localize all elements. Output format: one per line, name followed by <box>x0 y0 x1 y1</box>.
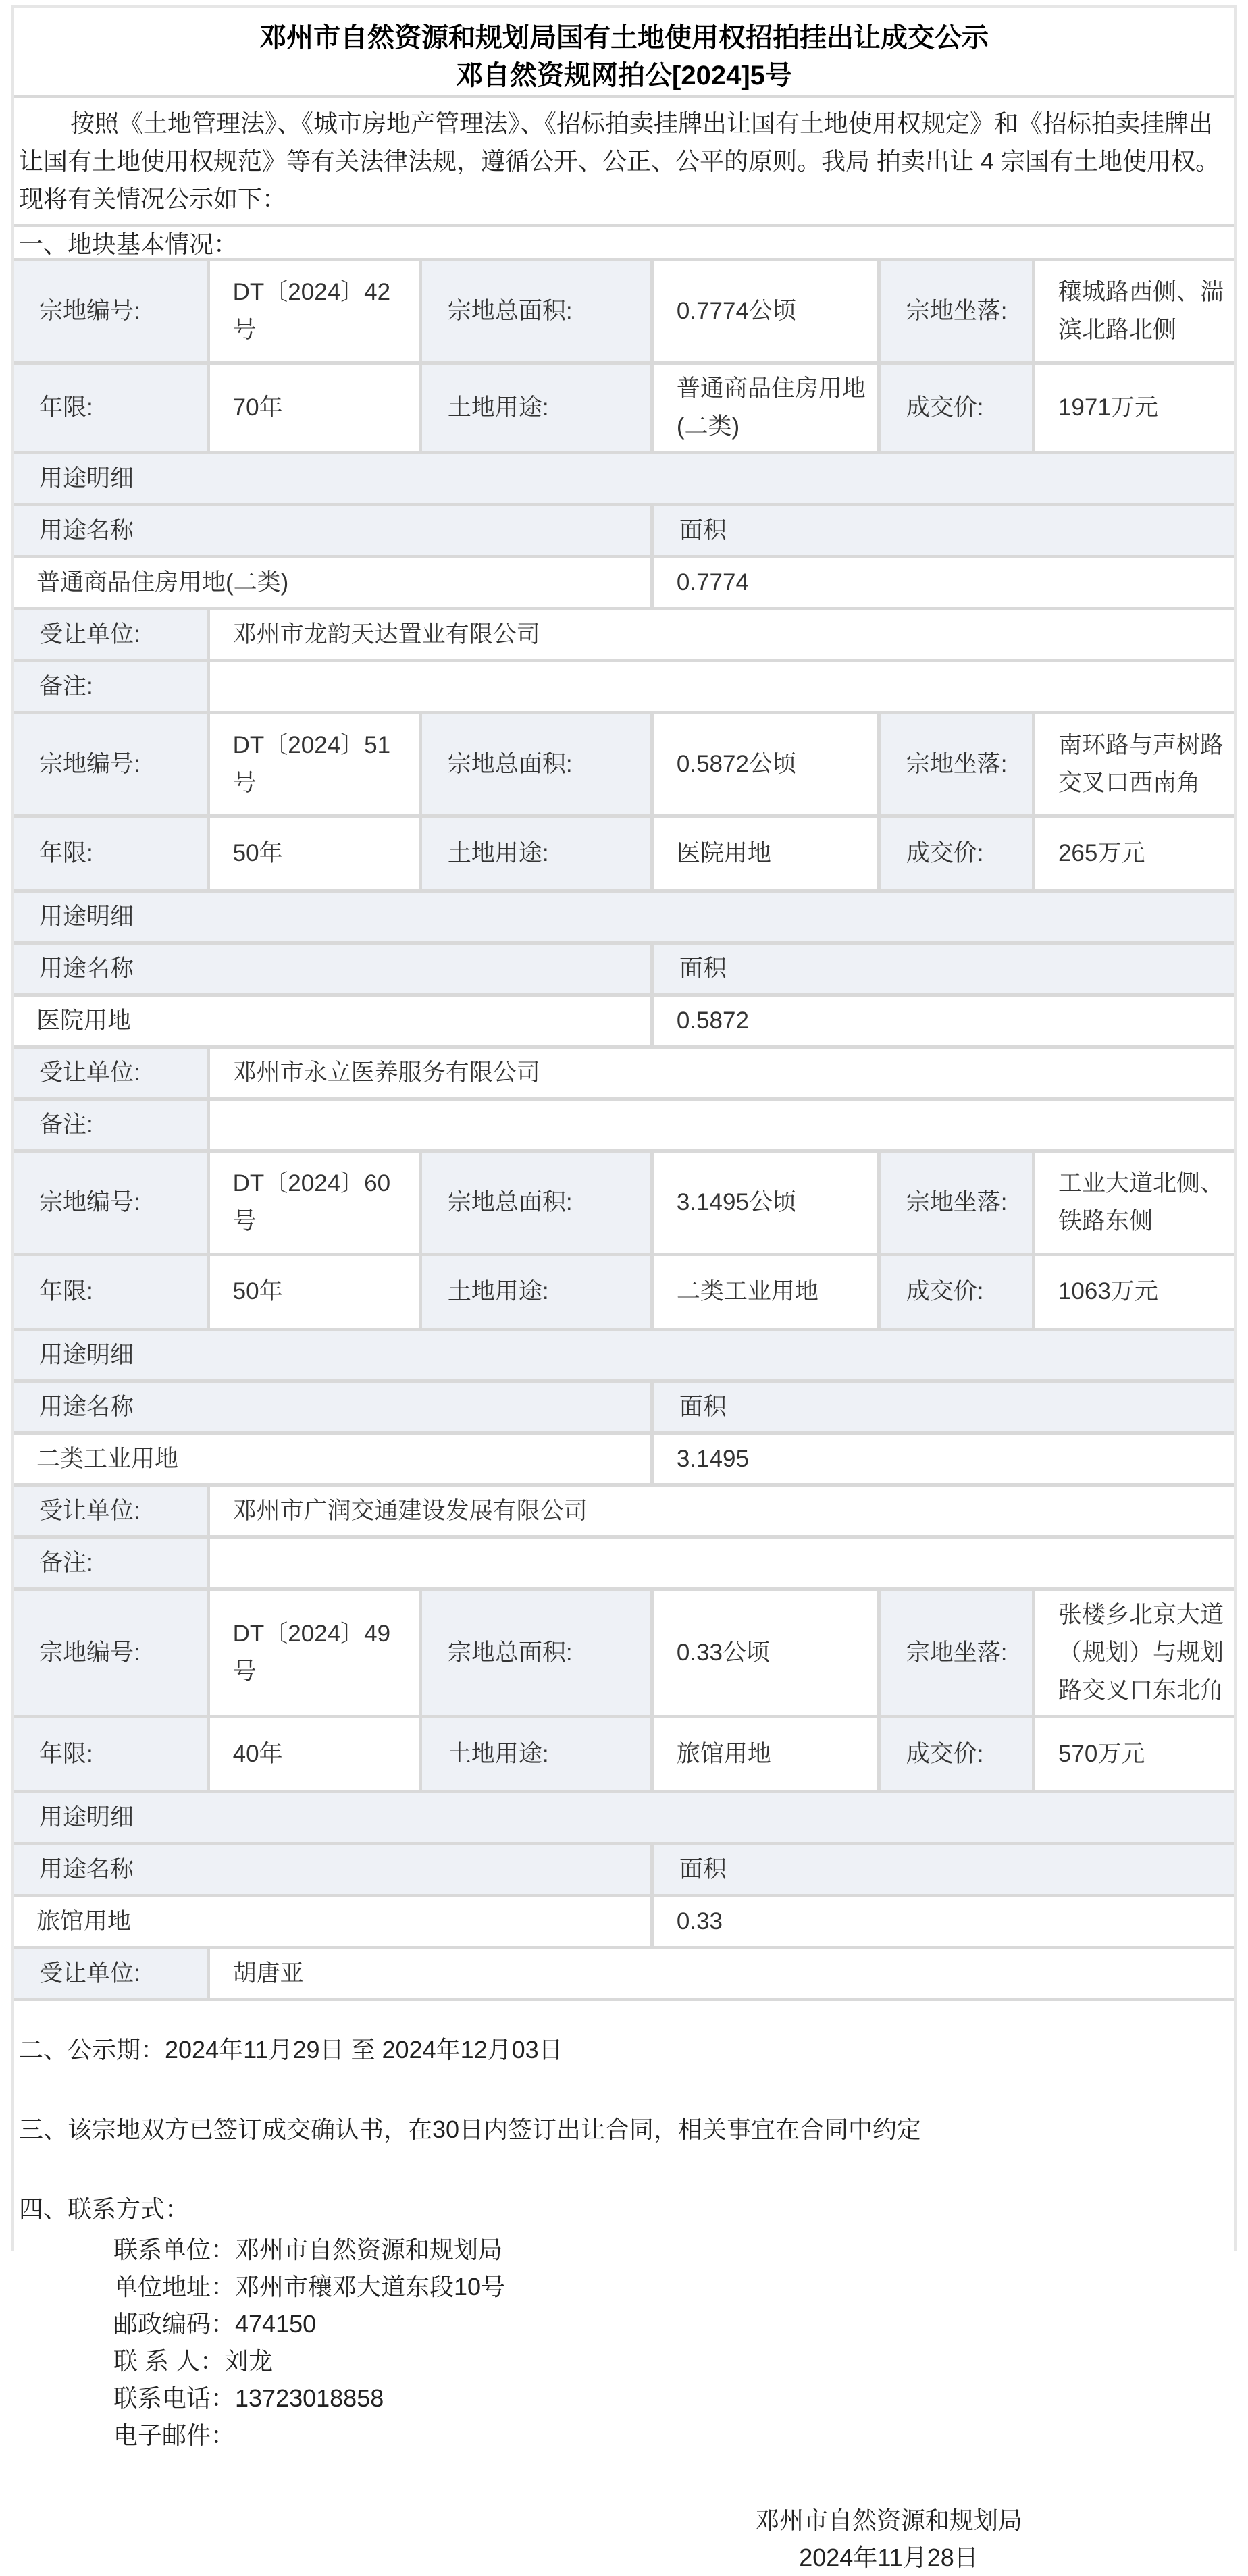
land-use-value: 医院用地 <box>654 818 877 889</box>
tenure-value: 70年 <box>210 365 419 451</box>
location-label: 宗地坐落: <box>881 261 1032 361</box>
bottom-sections: 二、公示期：2024年11月29日 至 2024年12月03日 三、该宗地双方已… <box>14 2001 1234 2576</box>
total-area-value: 0.33公顷 <box>654 1591 877 1715</box>
section-basic-header: 一、地块基本情况： <box>14 227 1234 258</box>
use-detail-header: 用途明细 <box>14 1793 1234 1842</box>
transferee-value: 邓州市龙韵天达置业有限公司 <box>210 610 1234 659</box>
total-area-label: 宗地总面积: <box>422 714 650 814</box>
area-header: 面积 <box>654 506 1234 555</box>
tenure-label: 年限: <box>14 1256 207 1328</box>
total-area-label: 宗地总面积: <box>422 1153 650 1253</box>
total-area-value: 3.1495公顷 <box>654 1153 877 1253</box>
area-value: 0.33 <box>654 1897 1234 1946</box>
deal-price-label: 成交价: <box>881 1718 1032 1790</box>
contact-phone-line: 联系电话：13723018858 <box>113 2386 1225 2411</box>
parcel-table-3: 宗地编号: DT〔2024〕60号 宗地总面积: 3.1495公顷 宗地坐落: … <box>14 1153 1234 1587</box>
tenure-value: 40年 <box>210 1718 419 1790</box>
use-name-header: 用途名称 <box>14 506 650 555</box>
deal-price-label: 成交价: <box>881 365 1032 451</box>
use-name-header: 用途名称 <box>14 1383 650 1431</box>
use-name-header: 用途名称 <box>14 1845 650 1894</box>
area-value: 3.1495 <box>654 1435 1234 1483</box>
total-area-label: 宗地总面积: <box>422 1591 650 1715</box>
title-block: 邓州市自然资源和规划局国有土地使用权招拍挂出让成交公示 邓自然资规网拍公[202… <box>14 8 1234 95</box>
parcel-no-label: 宗地编号: <box>14 1591 207 1715</box>
contract-note-line: 三、该宗地双方已签订成交确认书，在30日内签订出让合同，相关事宜在合同中约定 <box>19 2115 1225 2145</box>
tenure-label: 年限: <box>14 365 207 451</box>
signature-org: 邓州市自然资源和规划局 <box>755 2502 1022 2539</box>
use-name-header: 用途名称 <box>14 945 650 993</box>
intro-paragraph: 按照《土地管理法》、《城市房地产管理法》、《招标拍卖挂牌出让国有土地使用权规定》… <box>14 98 1234 224</box>
land-use-label: 土地用途: <box>422 1256 650 1328</box>
deal-price-label: 成交价: <box>881 818 1032 889</box>
notice-title: 邓州市自然资源和规划局国有土地使用权招拍挂出让成交公示 <box>14 19 1234 57</box>
location-value: 南环路与声树路交叉口西南角 <box>1035 714 1234 814</box>
total-area-value: 0.5872公顷 <box>654 714 877 814</box>
parcel-no-value: DT〔2024〕42号 <box>210 261 419 361</box>
land-use-value: 二类工业用地 <box>654 1256 877 1328</box>
parcel-table-4: 宗地编号: DT〔2024〕49号 宗地总面积: 0.33公顷 宗地坐落: 张楼… <box>14 1591 1234 1998</box>
contact-unit-line: 联系单位：邓州市自然资源和规划局 <box>113 2238 1225 2262</box>
tenure-value: 50年 <box>210 1256 419 1328</box>
location-value: 工业大道北侧、铁路东侧 <box>1035 1153 1234 1253</box>
total-area-label: 宗地总面积: <box>422 261 650 361</box>
parcel-no-label: 宗地编号: <box>14 261 207 361</box>
transferee-value: 胡唐亚 <box>210 1949 1234 1998</box>
location-value: 穰城路西侧、湍滨北路北侧 <box>1035 261 1234 361</box>
land-use-label: 土地用途: <box>422 818 650 889</box>
land-use-value: 普通商品住房用地(二类) <box>654 365 877 451</box>
parcel-table-1: 宗地编号: DT〔2024〕42号 宗地总面积: 0.7774公顷 宗地坐落: … <box>14 261 1234 711</box>
remark-label: 备注: <box>14 1539 207 1587</box>
tenure-label: 年限: <box>14 1718 207 1790</box>
contact-header-line: 四、联系方式： <box>19 2194 1225 2224</box>
remark-label: 备注: <box>14 662 207 711</box>
use-detail-header: 用途明细 <box>14 454 1234 503</box>
signature-date: 2024年11月28日 <box>755 2539 1022 2576</box>
deal-price-label: 成交价: <box>881 1256 1032 1328</box>
deal-price-value: 1971万元 <box>1035 365 1234 451</box>
land-use-value: 旅馆用地 <box>654 1718 877 1790</box>
location-label: 宗地坐落: <box>881 1153 1032 1253</box>
parcel-no-value: DT〔2024〕49号 <box>210 1591 419 1715</box>
area-value: 0.7774 <box>654 558 1234 607</box>
transferee-label: 受让单位: <box>14 1049 207 1097</box>
tenure-value: 50年 <box>210 818 419 889</box>
remark-value <box>210 1101 1234 1149</box>
deal-price-value: 265万元 <box>1035 818 1234 889</box>
contact-person-line: 联 系 人：刘龙 <box>113 2349 1225 2373</box>
land-use-label: 土地用途: <box>422 365 650 451</box>
contact-postcode-line: 邮政编码：474150 <box>113 2312 1225 2336</box>
parcel-no-value: DT〔2024〕60号 <box>210 1153 419 1253</box>
remark-value <box>210 1539 1234 1587</box>
parcel-no-label: 宗地编号: <box>14 1153 207 1253</box>
tenure-label: 年限: <box>14 818 207 889</box>
parcel-no-label: 宗地编号: <box>14 714 207 814</box>
transferee-label: 受让单位: <box>14 1949 207 1998</box>
contact-address-line: 单位地址：邓州市穰邓大道东段10号 <box>113 2275 1225 2299</box>
transferee-value: 邓州市广润交通建设发展有限公司 <box>210 1487 1234 1535</box>
use-name-value: 普通商品住房用地(二类) <box>14 558 650 607</box>
land-use-label: 土地用途: <box>422 1718 650 1790</box>
area-header: 面积 <box>654 1845 1234 1894</box>
deal-price-value: 1063万元 <box>1035 1256 1234 1328</box>
transferee-label: 受让单位: <box>14 1487 207 1535</box>
area-header: 面积 <box>654 1383 1234 1431</box>
location-label: 宗地坐落: <box>881 1591 1032 1715</box>
use-name-value: 医院用地 <box>14 997 650 1045</box>
deal-price-value: 570万元 <box>1035 1718 1234 1790</box>
contact-email-line: 电子邮件： <box>113 2423 1225 2448</box>
parcel-no-value: DT〔2024〕51号 <box>210 714 419 814</box>
notice-number: 邓自然资规网拍公[2024]5号 <box>14 57 1234 95</box>
use-name-value: 二类工业用地 <box>14 1435 650 1483</box>
area-header: 面积 <box>654 945 1234 993</box>
remark-label: 备注: <box>14 1101 207 1149</box>
notice-document: 邓州市自然资源和规划局国有土地使用权招拍挂出让成交公示 邓自然资规网拍公[202… <box>11 5 1237 2251</box>
remark-value <box>210 662 1234 711</box>
transferee-value: 邓州市永立医养服务有限公司 <box>210 1049 1234 1097</box>
use-detail-header: 用途明细 <box>14 893 1234 941</box>
use-detail-header: 用途明细 <box>14 1331 1234 1379</box>
area-value: 0.5872 <box>654 997 1234 1045</box>
location-label: 宗地坐落: <box>881 714 1032 814</box>
location-value: 张楼乡北京大道（规划）与规划路交叉口东北角 <box>1035 1591 1234 1715</box>
signature-block: 邓州市自然资源和规划局 2024年11月28日 <box>755 2502 1022 2576</box>
total-area-value: 0.7774公顷 <box>654 261 877 361</box>
parcel-table-2: 宗地编号: DT〔2024〕51号 宗地总面积: 0.5872公顷 宗地坐落: … <box>14 714 1234 1149</box>
use-name-value: 旅馆用地 <box>14 1897 650 1946</box>
publicity-period-line: 二、公示期：2024年11月29日 至 2024年12月03日 <box>19 2035 1225 2065</box>
transferee-label: 受让单位: <box>14 610 207 659</box>
